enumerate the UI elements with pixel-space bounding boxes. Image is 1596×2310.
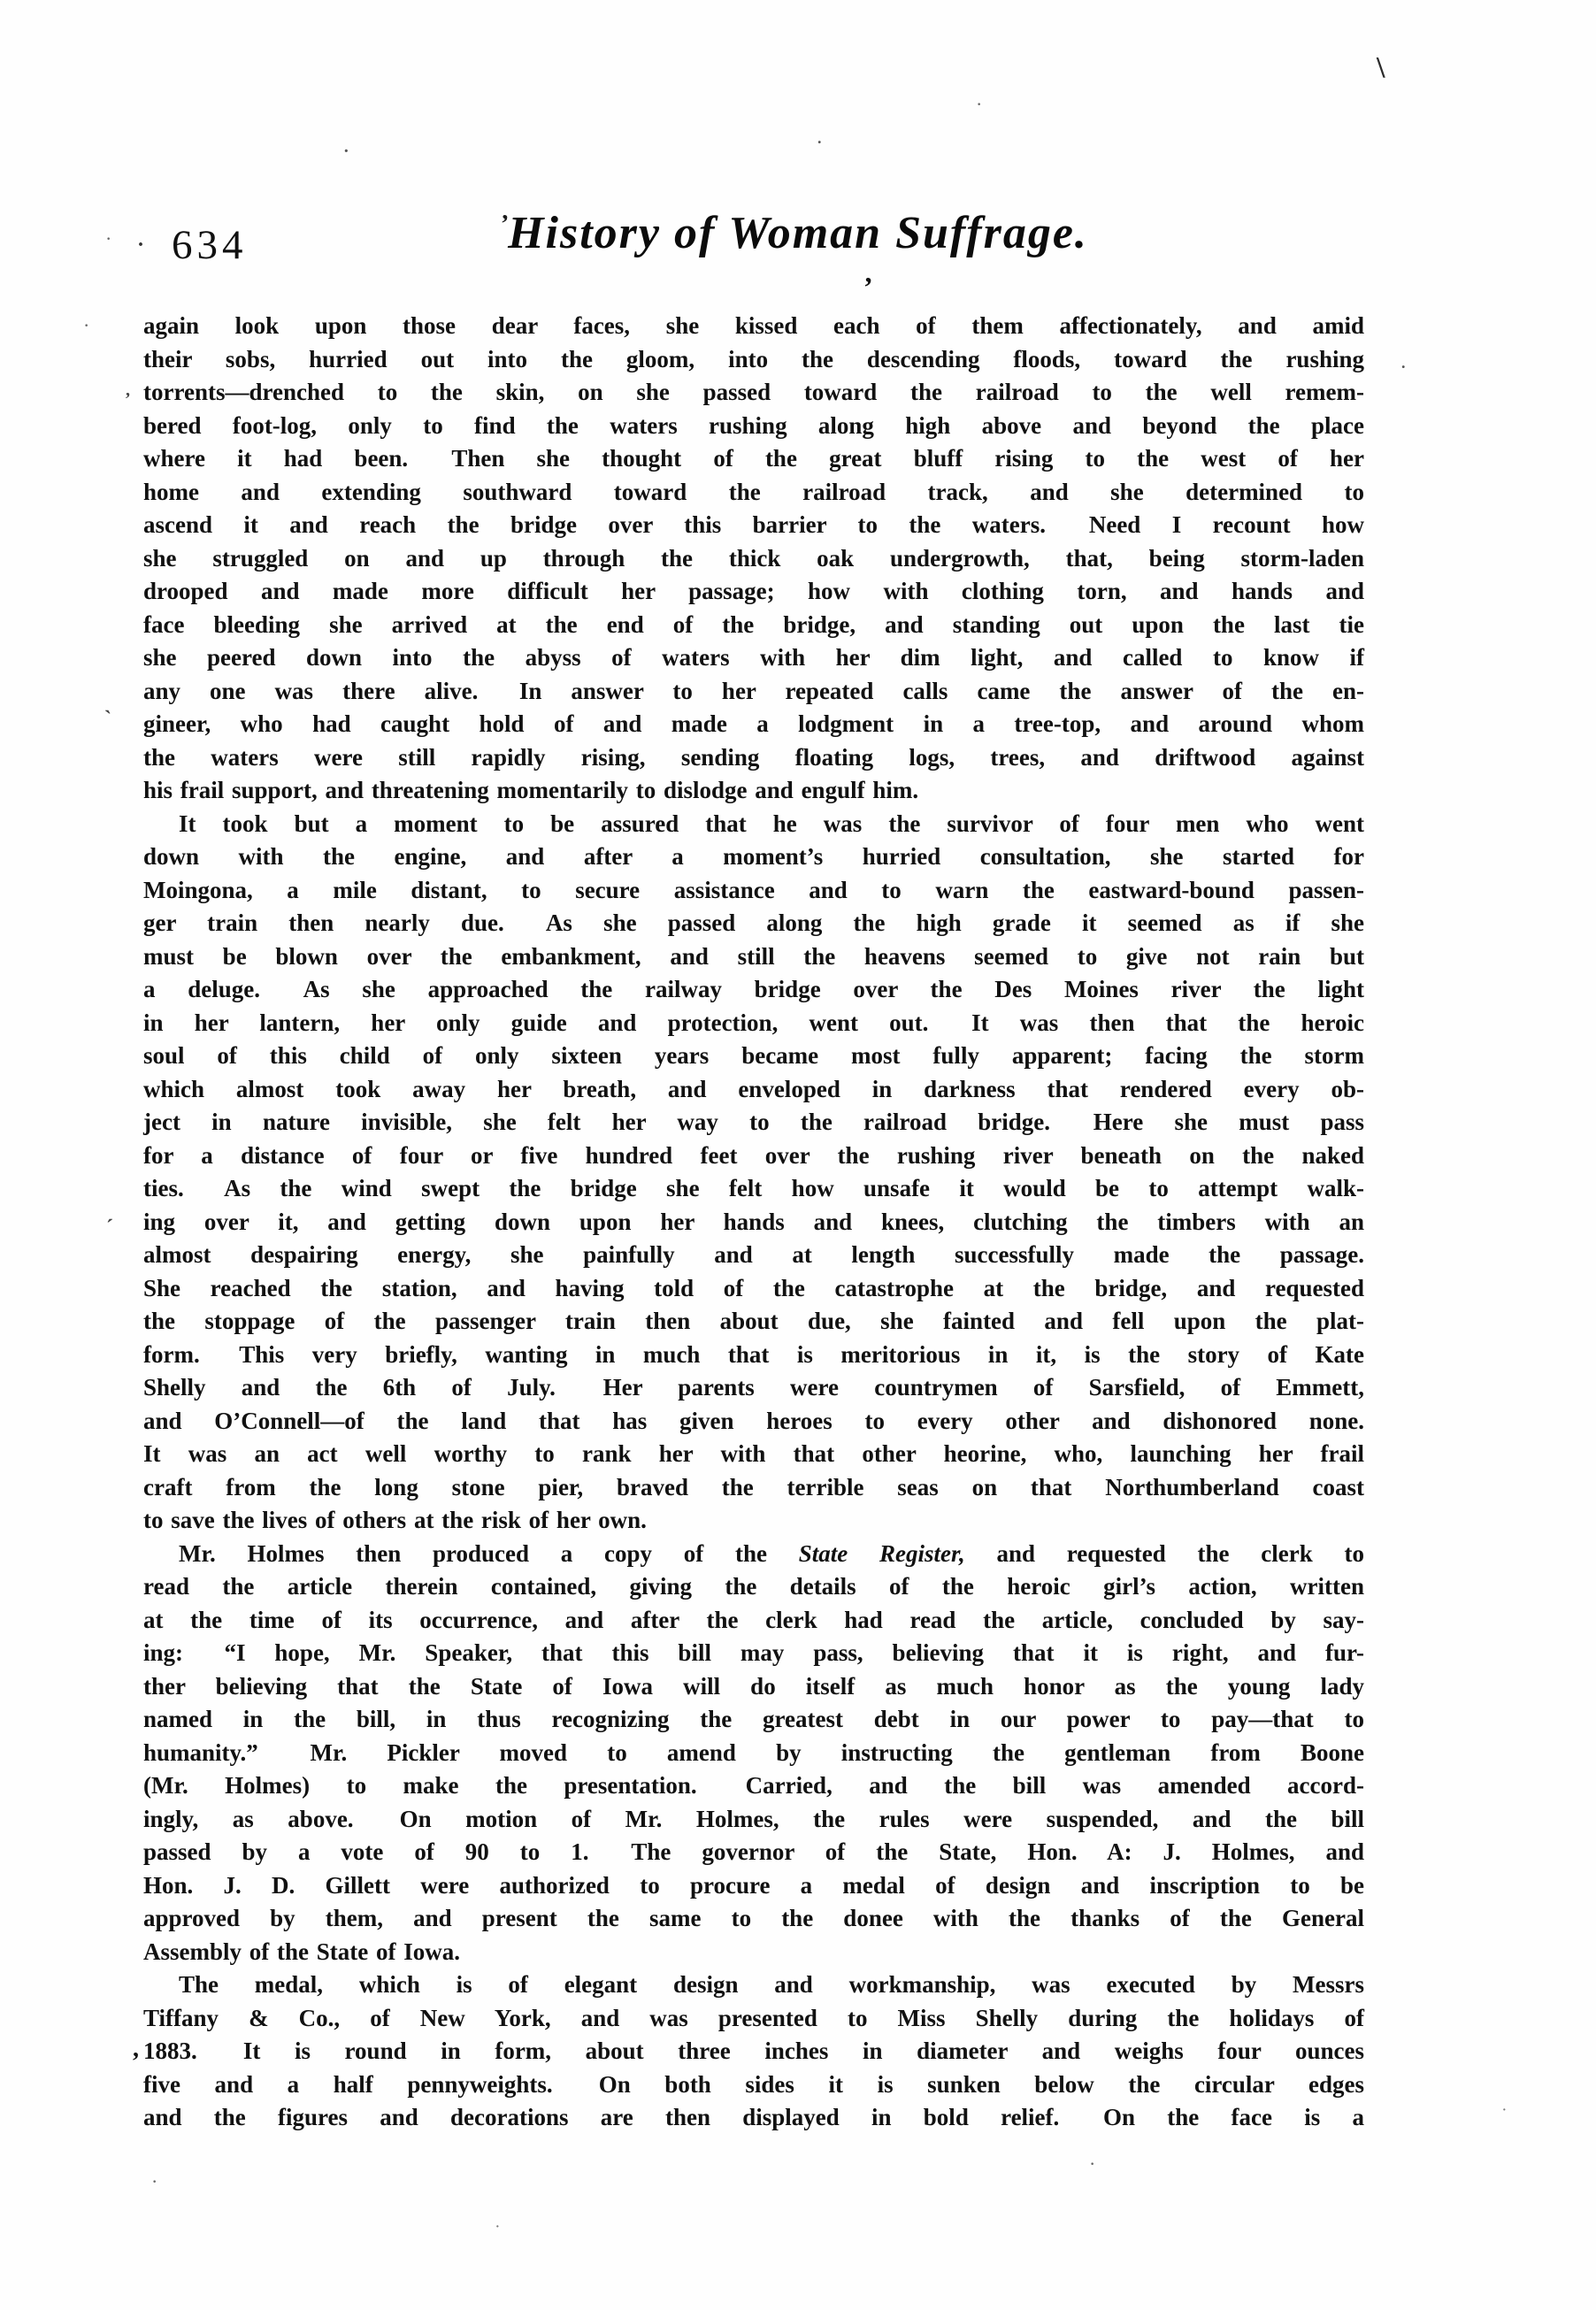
text-line: almost despairing energy, she painfully …	[143, 1239, 1364, 1272]
scan-artifact: .	[1401, 354, 1406, 372]
text-line: again look upon those dear faces, she ki…	[143, 310, 1364, 343]
text-line: any one was there alive. In answer to he…	[143, 675, 1364, 709]
scan-artifact: `	[104, 708, 111, 732]
body-text: again look upon those dear faces, she ki…	[143, 310, 1364, 2135]
text-segment: Mr. Holmes then produced a copy of the	[179, 1540, 799, 1567]
text-line: must be blown over the embankment, and s…	[143, 940, 1364, 974]
text-line: in her lantern, her only guide and prote…	[143, 1007, 1364, 1040]
text-line: for a distance of four or five hundred f…	[143, 1140, 1364, 1173]
scan-artifact: ·	[152, 2175, 157, 2191]
text-line: It took but a moment to be assured that …	[143, 808, 1364, 841]
text-segment: and requested the clerk to	[965, 1540, 1364, 1567]
scan-artifact: ·	[495, 2221, 500, 2235]
text-line: at the time of its occurrence, and after…	[143, 1604, 1364, 1638]
text-line: form. This very briefly, wanting in much…	[143, 1339, 1364, 1372]
text-line: ger train then nearly due. As she passed…	[143, 907, 1364, 940]
text-line: ject in nature invisible, she felt her w…	[143, 1106, 1364, 1140]
scan-artifact: ·	[1090, 2157, 1094, 2173]
text-line: approved by them, and present the same t…	[143, 1902, 1364, 1936]
text-line: Tiffany & Co., of New York, and was pres…	[143, 2002, 1364, 2036]
text-line: their sobs, hurried out into the gloom, …	[143, 343, 1364, 377]
text-line: It was an act well worthy to rank her wi…	[143, 1438, 1364, 1471]
text-line: Hon. J. D. Gillett were authorized to pr…	[143, 1869, 1364, 1903]
text-line: Assembly of the State of Iowa.	[143, 1936, 1364, 1969]
scan-artifact: ,	[133, 2035, 139, 2063]
text-line: ing over it, and getting down upon her h…	[143, 1206, 1364, 1239]
scan-artifact: ,	[126, 380, 130, 401]
text-line: She reached the station, and having told…	[143, 1272, 1364, 1306]
scan-artifact: ·	[343, 142, 349, 162]
text-line: five and a half pennyweights. On both si…	[143, 2068, 1364, 2102]
text-line: drooped and made more difficult her pass…	[143, 575, 1364, 609]
text-line: face bleeding she arrived at the end of …	[143, 609, 1364, 642]
text-line: she peered down into the abyss of waters…	[143, 641, 1364, 675]
text-line: ties. As the wind swept the bridge she f…	[143, 1172, 1364, 1206]
text-line: gineer, who had caught hold of and made …	[143, 708, 1364, 741]
scan-artifact: .	[817, 129, 822, 148]
text-line: down with the engine, and after a moment…	[143, 840, 1364, 874]
text-line: The medal, which is of elegant design an…	[143, 1968, 1364, 2002]
text-line: humanity.” Mr. Pickler moved to amend by…	[143, 1737, 1364, 1770]
text-line: his frail support, and threatening momen…	[143, 774, 1364, 808]
scan-artifact: ’	[863, 271, 873, 303]
scan-artifact: \	[1377, 51, 1385, 85]
text-line: and the figures and decorations are then…	[143, 2101, 1364, 2135]
text-line: bered foot-log, only to find the waters …	[143, 410, 1364, 443]
text-line: named in the bill, in thus recognizing t…	[143, 1703, 1364, 1737]
text-line: home and extending southward toward the …	[143, 476, 1364, 510]
italic-text: State Register,	[799, 1540, 965, 1567]
text-line: and O’Connell—of the land that has given…	[143, 1405, 1364, 1439]
text-line: torrents—drenched to the skin, on she pa…	[143, 376, 1364, 410]
text-line: Mr. Holmes then produced a copy of the S…	[143, 1538, 1364, 1571]
text-line: Moingona, a mile distant, to secure assi…	[143, 874, 1364, 908]
text-line: (Mr. Holmes) to make the presentation. C…	[143, 1769, 1364, 1803]
text-line: 1883. It is round in form, about three i…	[143, 2035, 1364, 2068]
text-line: ing: “I hope, Mr. Speaker, that this bil…	[143, 1637, 1364, 1670]
running-title: History of Woman Suffrage.	[0, 207, 1596, 259]
scan-artifact: ·	[1502, 2104, 1507, 2118]
text-line: Shelly and the 6th of July. Her parents …	[143, 1371, 1364, 1405]
text-line: ther believing that the State of Iowa wi…	[143, 1670, 1364, 1704]
text-line: which almost took away her breath, and e…	[143, 1073, 1364, 1107]
scan-artifact: ·	[977, 97, 981, 113]
text-line: read the article therein contained, givi…	[143, 1570, 1364, 1604]
book-page: 634 History of Woman Suffrage. again loo…	[0, 0, 1596, 2310]
scan-artifact: ´	[106, 1216, 113, 1240]
text-line: a deluge. As she approached the railway …	[143, 973, 1364, 1007]
text-line: the waters were still rapidly rising, se…	[143, 741, 1364, 775]
text-line: to save the lives of others at the risk …	[143, 1504, 1364, 1538]
text-line: ingly, as above. On motion of Mr. Holmes…	[143, 1803, 1364, 1837]
text-line: the stoppage of the passenger train then…	[143, 1305, 1364, 1339]
scan-artifact: ·	[84, 318, 88, 334]
text-line: she struggled on and up through the thic…	[143, 542, 1364, 576]
text-line: passed by a vote of 90 to 1. The governo…	[143, 1836, 1364, 1869]
text-line: soul of this child of only sixteen years…	[143, 1040, 1364, 1073]
text-line: craft from the long stone pier, braved t…	[143, 1471, 1364, 1505]
text-line: ascend it and reach the bridge over this…	[143, 509, 1364, 542]
text-line: where it had been. Then she thought of t…	[143, 442, 1364, 476]
